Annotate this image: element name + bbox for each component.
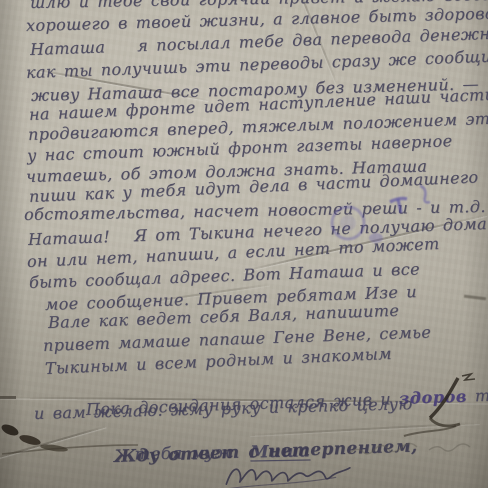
edge-mark (464, 295, 486, 301)
censor-stamp (308, 178, 442, 248)
signature-flourish (221, 454, 354, 488)
edge-mark (0, 396, 16, 399)
paper-tear-left (0, 412, 140, 468)
pencil-scrawl (345, 436, 483, 466)
letter-photo: шлю и тебе свой горячий привет и желаю в… (0, 0, 488, 488)
